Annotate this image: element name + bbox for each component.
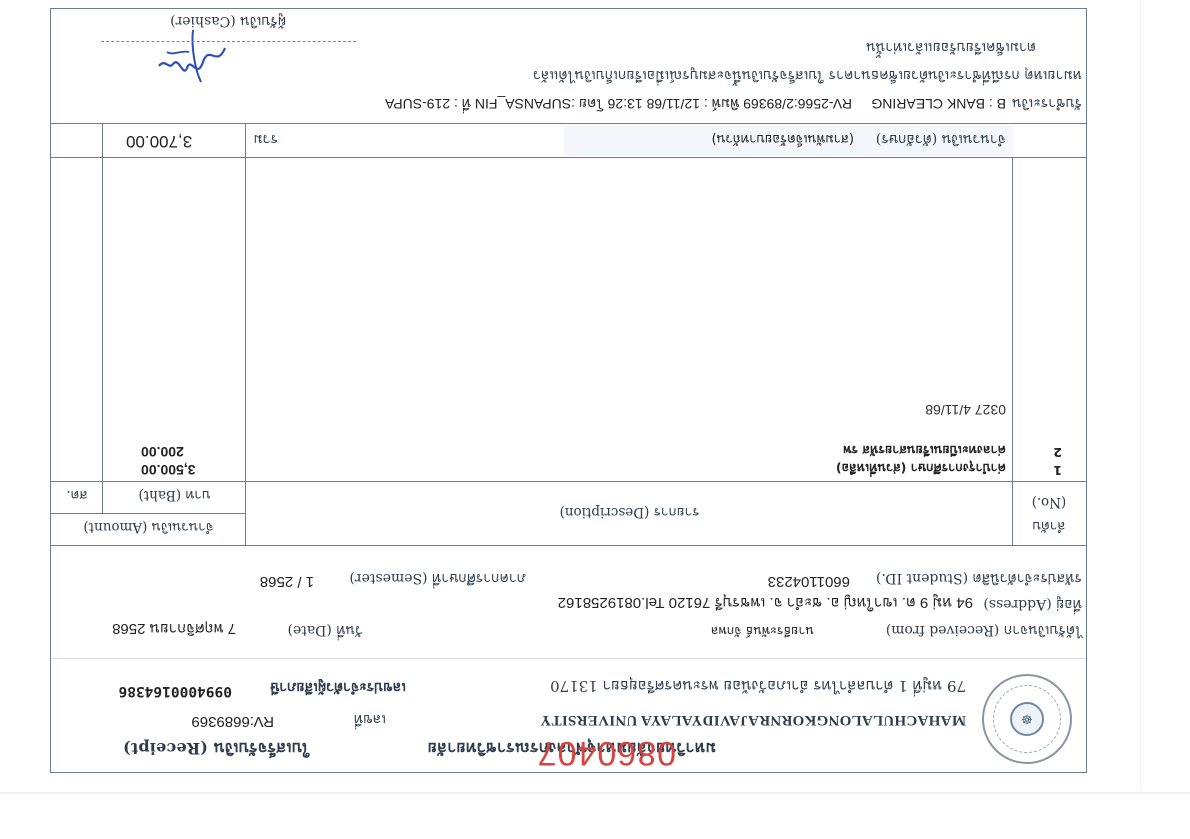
signature-icon bbox=[151, 26, 231, 86]
semester-label: ภาคการศึกษาที่ (Semester) bbox=[349, 567, 526, 589]
receipt-number-label: เลขที่ bbox=[354, 708, 386, 730]
receipt-document: ☸ มหาวิทยาลัยมหาจุฬาลงกรณราชวิทยาลัย 086… bbox=[50, 8, 1087, 773]
column-header-satang: สต. bbox=[51, 485, 103, 507]
item-amount: 3,500.00 bbox=[141, 462, 241, 478]
received-from-value: นายธีระพันธ์ จักพล bbox=[711, 621, 814, 641]
total-label: รวม bbox=[253, 128, 278, 150]
semester-value: 1 / 2568 bbox=[260, 573, 314, 590]
total-amount: 3,700.00 bbox=[126, 131, 236, 151]
payment-info: B : BANK CLEARING RV-2566:2/89369 พิมพ์ … bbox=[385, 92, 1006, 114]
tax-id-label: เลขประจำตัวผู้เสียภาษี bbox=[270, 676, 406, 698]
remark-line-2: ตามเช็คเรียบร้อยแล้วเท่านั้น bbox=[866, 36, 1036, 58]
student-id-label: รหัสประจำตัวนิสิต (Student ID.) bbox=[876, 567, 1082, 589]
address-label: ที่อยู่ (Address) bbox=[983, 593, 1082, 615]
serial-number: 0860407 bbox=[537, 733, 676, 772]
column-header-no: ลำดับ (No.) bbox=[1016, 490, 1082, 538]
item-no: 1 bbox=[1053, 463, 1062, 478]
address-value: 94 หมู่ 9 ต. เขาใหญ่ อ. ชะอำ จ. เพชรบุรี… bbox=[558, 591, 973, 615]
receipt-number: RV:6689369 bbox=[191, 713, 274, 730]
column-header-amount: จำนวนเงิน (Amount) bbox=[51, 517, 246, 539]
date-value: 7 พฤศจิกายน 2568 bbox=[112, 617, 236, 641]
amount-words-label: จำนวนเงิน (ตัวอักษร) bbox=[876, 128, 1006, 150]
scan-edge bbox=[0, 792, 1190, 794]
item-description: ค่าลงทะเบียนเรียนสายรหัส รพ bbox=[843, 440, 1006, 460]
received-from-label: ได้รับเงินจาก (Received from) bbox=[886, 619, 1082, 641]
amount-words-value: (สามพันเจ็ดร้อยบาทถ้วน) bbox=[712, 129, 855, 150]
column-header-baht: บาท (Baht) bbox=[103, 485, 246, 507]
divider bbox=[51, 658, 1086, 659]
student-id-value: 6601104233 bbox=[768, 573, 850, 590]
signature-line bbox=[101, 41, 356, 42]
column-header-description: รายการ (Description) bbox=[246, 502, 1013, 524]
date-label: วันที่ (Date) bbox=[287, 619, 363, 641]
item-no: 2 bbox=[1053, 445, 1062, 460]
item-note: 0327 4/11/68 bbox=[925, 402, 1006, 418]
university-address: 79 หมู่ที่ 1 ตำบลลำไทร อำเภอวังน้อย พระน… bbox=[550, 674, 966, 698]
payment-label: รับชำระเงิน bbox=[1012, 92, 1082, 114]
cashier-label: ผู้รับเงิน (Cashier) bbox=[170, 10, 286, 32]
receipt-title: ใบเสร็จรับเงิน (Receipt) bbox=[123, 735, 310, 760]
university-name-english: MAHACHULALONGKORNRAJAVIDYALAYA UNIVERSIT… bbox=[540, 711, 966, 728]
university-seal-icon: ☸ bbox=[982, 674, 1072, 764]
item-amount: 200.00 bbox=[141, 444, 241, 460]
tax-id: 0994000164386 bbox=[119, 683, 233, 699]
item-description: ค่าบำรุงการศึกษา (ส่วนที่เหลือ) bbox=[836, 458, 1006, 478]
table-row: 2 ค่าลงทะเบียนเรียนสายรหัส รพ 200.00 bbox=[51, 420, 1086, 460]
scan-edge-vertical bbox=[1140, 0, 1141, 790]
remark-line-1: หมายเหตุ กรณีที่ชำระเงินด้วยเช็คธนาคาร ใ… bbox=[533, 64, 1082, 86]
